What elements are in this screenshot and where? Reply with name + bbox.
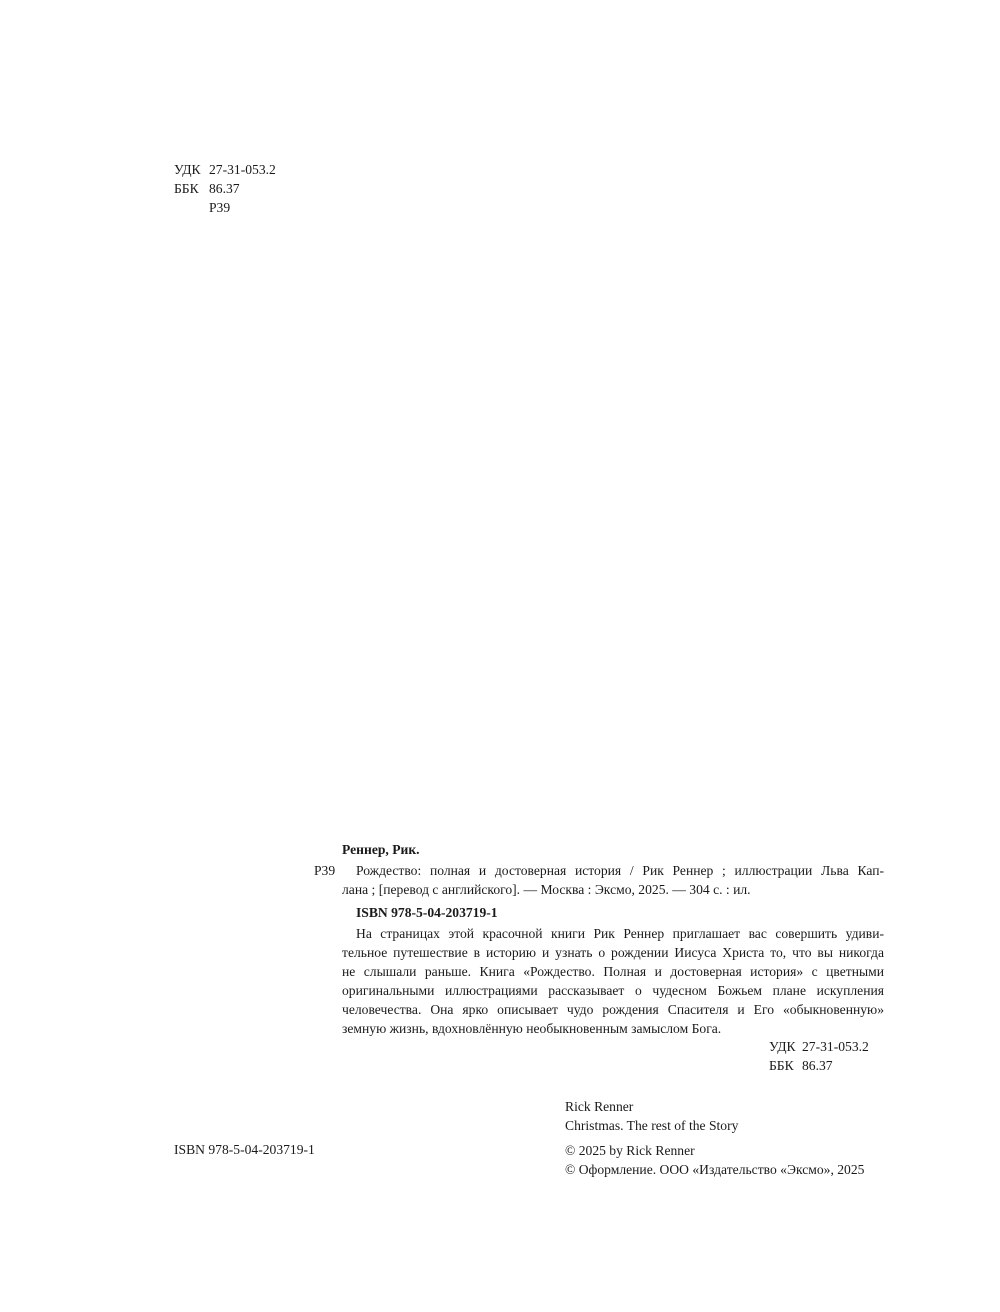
bibliographic-description: Р39 Рождество: полная и достоверная исто…	[314, 861, 884, 899]
abstract-line: человечества. Она ярко описывает чудо ро…	[342, 1000, 884, 1019]
abstract-line: земную жизнь, вдохновлённую необыкновенн…	[342, 1019, 884, 1038]
abstract-line: оригинальными иллюстрациями рассказывает…	[342, 981, 884, 1000]
bbk-label: ББК	[174, 179, 209, 198]
bbk-label: ББК	[769, 1056, 802, 1075]
copyright-author: © 2025 by Rick Renner	[565, 1141, 864, 1160]
bbk-row: ББК86.37	[174, 179, 276, 198]
copyright-design: © Оформление. ООО «Издательство «Эксмо»,…	[565, 1160, 864, 1179]
isbn-bottom: ISBN 978-5-04-203719-1	[174, 1140, 315, 1159]
udk-value: 27-31-053.2	[802, 1039, 869, 1054]
udk-value: 27-31-053.2	[209, 162, 276, 177]
udk-label: УДК	[769, 1037, 802, 1056]
abstract: На страницах этой красочной книги Рик Ре…	[314, 924, 884, 1038]
udk-row: УДК27-31-053.2	[769, 1037, 869, 1056]
original-title: Christmas. The rest of the Story	[565, 1116, 864, 1135]
original-edition: Rick Renner Christmas. The rest of the S…	[565, 1097, 864, 1179]
description-line: лана ; [перевод с английского]. — Москва…	[342, 880, 884, 899]
bibliographic-record: Реннер, Рик. Р39 Рождество: полная и дос…	[314, 840, 884, 1038]
classification-top: УДК27-31-053.2 ББК86.37 Р39	[174, 160, 276, 217]
abstract-line: тельное путешествие в историю и узнать о…	[342, 943, 884, 962]
isbn: ISBN 978-5-04-203719-1	[314, 903, 884, 924]
description-line: Рождество: полная и достоверная история …	[342, 861, 884, 880]
original-author: Rick Renner	[565, 1097, 864, 1116]
abstract-line: На страницах этой красочной книги Рик Ре…	[342, 924, 884, 943]
abstract-line: не слышали раньше. Книга «Рождество. Пол…	[342, 962, 884, 981]
udk-label: УДК	[174, 160, 209, 179]
author-heading: Реннер, Рик.	[314, 840, 884, 861]
udk-row: УДК27-31-053.2	[174, 160, 276, 179]
bbk-value: 86.37	[802, 1058, 833, 1073]
author-mark: Р39	[174, 198, 276, 217]
author-mark: Р39	[314, 861, 335, 880]
classification-bottom: УДК27-31-053.2 ББК86.37	[769, 1037, 869, 1075]
bbk-row: ББК86.37	[769, 1056, 869, 1075]
bbk-value: 86.37	[209, 181, 240, 196]
